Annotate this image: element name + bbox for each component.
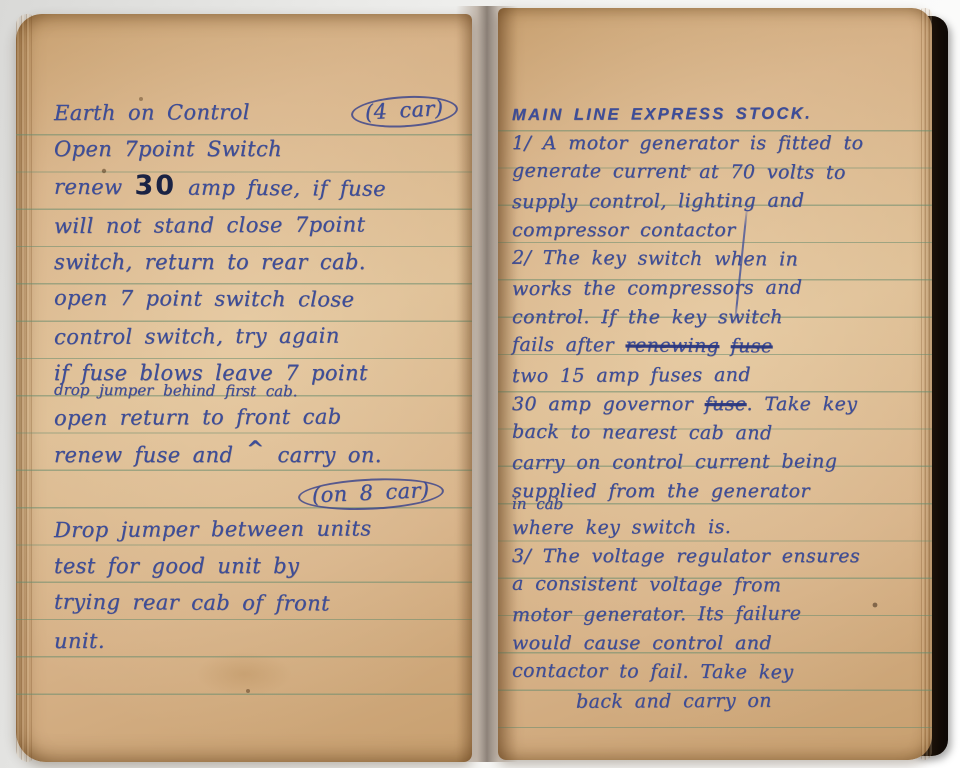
handwritten-line: renew fuse and ^ carry on. — [54, 436, 464, 474]
handwritten-line: renew 30 amp fuse, if fuse — [54, 167, 464, 209]
handwriting-text: control. If the key switch — [512, 306, 783, 328]
handwriting-text: MAIN LINE EXPRESS STOCK. — [512, 105, 812, 125]
handwritten-line: 30 amp governor fuse. Take key — [512, 390, 928, 419]
handwritten-line: (on 8 car) — [54, 473, 464, 513]
handwriting-text: control switch, try again — [54, 324, 340, 349]
handwritten-line: switch, return to rear cab. — [54, 244, 464, 281]
handwriting-text: 2/ The key switch when in — [512, 247, 798, 271]
struck-word: renewing — [625, 334, 719, 357]
handwriting-text: . Take key — [747, 393, 858, 415]
handwriting-text: back to nearest cab and — [512, 421, 773, 445]
overwritten-number: 30 — [134, 170, 176, 201]
handwriting-text: where key switch is. — [512, 516, 731, 539]
handwritten-line: works the compressors and — [512, 273, 928, 304]
right-page: MAIN LINE EXPRESS STOCK.1/ A motor gener… — [498, 8, 932, 760]
handwritten-line: would cause control and — [512, 629, 928, 658]
struck-word: fuse — [731, 335, 773, 357]
handwritten-line: open 7 point switch close — [54, 280, 464, 320]
handwritten-line: generate current at 70 volts to — [512, 157, 928, 189]
handwritten-line: carry on control current being — [512, 447, 928, 478]
handwriting-text: amp fuse, if fuse — [176, 175, 386, 200]
handwriting-text: switch, return to rear cab. — [54, 250, 366, 274]
handwriting-text: drop jumper behind first cab. — [54, 381, 298, 400]
handwriting-text: open return to front cab — [54, 405, 342, 431]
handwriting-text: fails after — [512, 334, 626, 357]
handwritten-line: Earth on Control(4 car) — [54, 93, 464, 132]
handwritten-line: 1/ A motor generator is fitted to — [512, 129, 928, 158]
handwritten-line: fails after renewing fuse — [512, 331, 928, 363]
scanned-notebook: Earth on Control(4 car)Open 7point Switc… — [0, 0, 960, 768]
handwritten-line: a consistent voltage from — [512, 570, 928, 602]
handwriting-text: carry on control current being — [512, 450, 837, 474]
handwritten-line: back to nearest cab and — [512, 418, 928, 450]
handwriting-text: in cab — [512, 495, 563, 513]
handwriting-text: renew — [54, 175, 135, 199]
handwriting-text: carry on. — [265, 443, 381, 467]
handwriting-text: 30 amp governor — [512, 393, 705, 415]
left-page: Earth on Control(4 car)Open 7point Switc… — [16, 14, 472, 762]
handwritten-line: supply control, lighting and — [512, 186, 928, 217]
paper-specks — [0, 0, 2, 2]
handwriting-text: back and carry on — [576, 690, 772, 713]
handwriting-text: Open 7point Switch — [54, 137, 282, 161]
handwriting-text — [719, 335, 731, 357]
handwritten-line: control. If the key switch — [512, 303, 928, 332]
handwritten-line: back and carry on — [512, 686, 928, 717]
handwriting-text: open 7 point switch close — [54, 286, 355, 312]
handwritten-line: test for good unit by — [54, 548, 464, 585]
handwriting-text: would cause control and — [512, 632, 772, 654]
handwriting-text: generate current at 70 volts to — [512, 160, 846, 184]
handwriting-text: supply control, lighting and — [512, 190, 805, 214]
handwritten-line: contactor to fail. Take key — [512, 657, 928, 689]
page-heading: MAIN LINE EXPRESS STOCK. — [512, 99, 928, 130]
circled-annotation: (4 car) — [351, 93, 459, 130]
handwriting-text: unit. — [54, 629, 105, 653]
handwritten-line: where key switch is. — [512, 512, 928, 543]
handwriting-text: motor generator. Its failure — [512, 603, 801, 627]
handwriting-text: test for good unit by — [54, 554, 299, 578]
left-page-writing: Earth on Control(4 car)Open 7point Switc… — [54, 94, 464, 659]
handwritten-line: 2/ The key switch when in — [512, 244, 928, 276]
handwriting-text: Earth on Control — [54, 94, 250, 132]
handwriting-text: compressor contactor — [512, 219, 736, 241]
handwriting-text: two 15 amp fuses and — [512, 364, 751, 387]
handwriting-text: works the compressors and — [512, 277, 802, 301]
handwritten-line: trying rear cab of front — [54, 584, 464, 624]
right-page-writing: MAIN LINE EXPRESS STOCK.1/ A motor gener… — [512, 100, 928, 716]
circled-annotation: (on 8 car) — [298, 475, 445, 513]
handwritten-line: Drop jumper between units — [54, 510, 464, 549]
handwriting-text: trying rear cab of front — [54, 590, 330, 616]
handwritten-line: 3/ The voltage regulator ensures — [512, 542, 928, 571]
struck-word: fuse — [705, 393, 747, 415]
insertion-caret: ^ — [246, 430, 264, 467]
handwritten-line: two 15 amp fuses and — [512, 360, 928, 391]
handwriting-text: will not stand close 7point — [54, 212, 366, 238]
handwritten-line: will not stand close 7point — [54, 206, 464, 245]
handwriting-text: 1/ A motor generator is fitted to — [512, 132, 863, 154]
handwritten-line: control switch, try again — [54, 317, 464, 356]
handwriting-text: a consistent voltage from — [512, 573, 781, 597]
handwritten-line: Open 7point Switch — [54, 131, 464, 168]
handwritten-line: motor generator. Its failure — [512, 599, 928, 630]
handwritten-line: compressor contactor — [512, 216, 928, 245]
handwriting-text: Drop jumper between units — [54, 516, 372, 542]
handwriting-text: 3/ The voltage regulator ensures — [512, 545, 860, 567]
handwriting-text: contactor to fail. Take key — [512, 660, 794, 684]
handwritten-line: unit. — [54, 621, 464, 660]
handwriting-text: renew fuse and — [54, 443, 245, 467]
